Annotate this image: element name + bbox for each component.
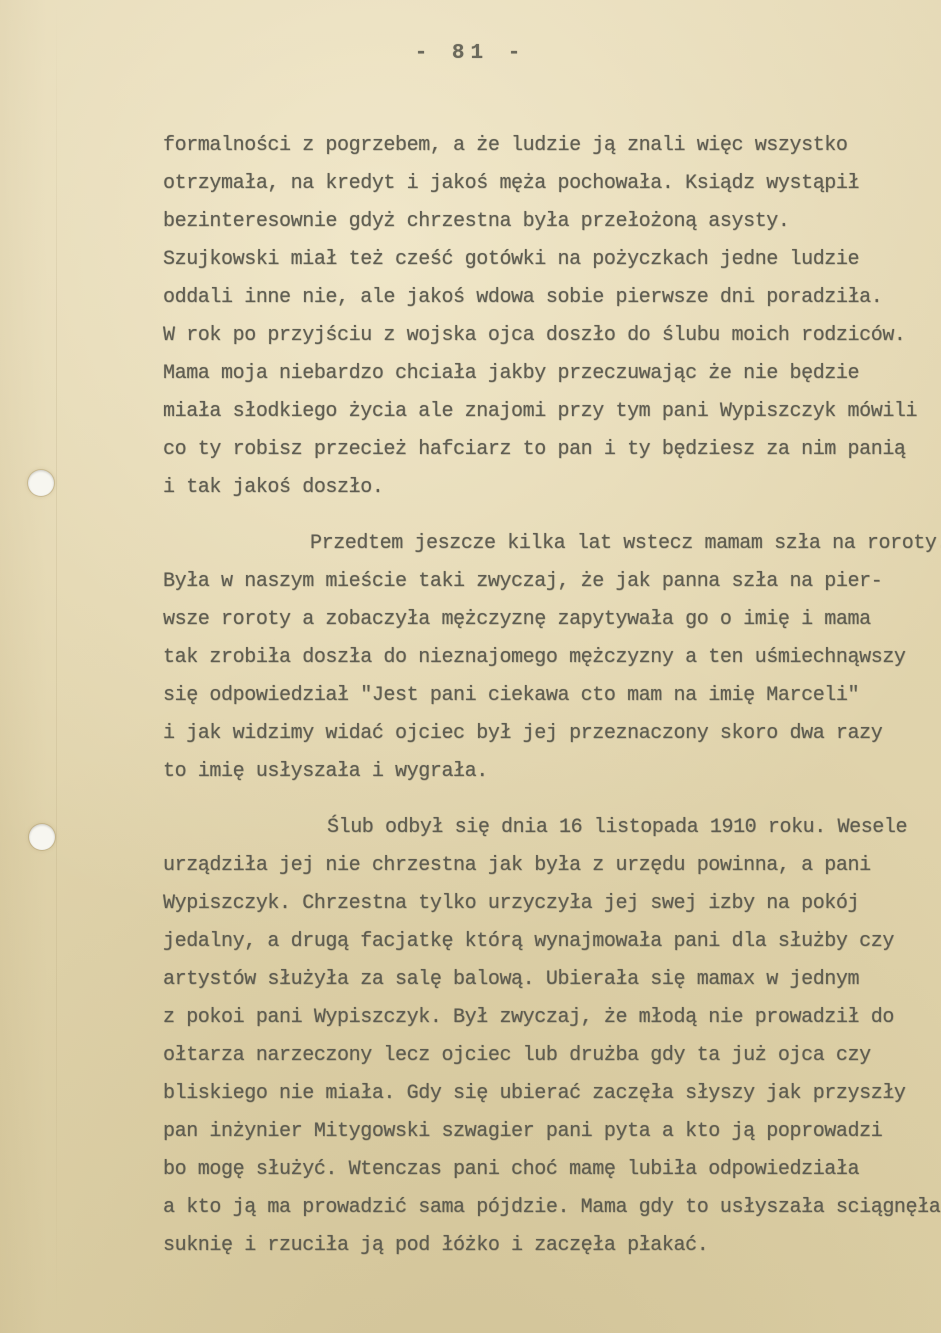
punch-hole [29, 824, 55, 850]
text-line: oddali inne nie, ale jakoś wdowa sobie p… [163, 279, 935, 317]
text-line: Mama moja niebardzo chciała jakby przecz… [163, 355, 935, 393]
text-line: i jak widzimy widać ojciec był jej przez… [163, 715, 935, 753]
text-line: co ty robisz przecież hafciarz to pan i … [163, 431, 935, 469]
text-line: artystów służyła za salę balową. Ubierał… [163, 961, 935, 999]
text-line: Wypiszczyk. Chrzestna tylko urzyczyła je… [163, 885, 935, 923]
text-line: jedalny, a drugą facjatkę którą wynajmow… [163, 923, 935, 961]
text-line: i tak jakoś doszło. [163, 469, 935, 507]
page-number: - 81 - [0, 42, 941, 65]
text-line: bezinteresownie gdyż chrzestna była prze… [163, 203, 935, 241]
text-line: bliskiego nie miała. Gdy się ubierać zac… [163, 1075, 935, 1113]
paragraph: formalności z pogrzebem, a że ludzie ją … [163, 127, 935, 507]
text-line: z pokoi pani Wypiszczyk. Był zwyczaj, że… [163, 999, 935, 1037]
text-line: miała słodkiego życia ale znajomi przy t… [163, 393, 935, 431]
document-body: formalności z pogrzebem, a że ludzie ją … [163, 127, 935, 1265]
text-line: otrzymała, na kredyt i jakoś męża pochow… [163, 165, 935, 203]
scanned-document-page: - 81 - formalności z pogrzebem, a że lud… [0, 0, 941, 1333]
text-line: wsze roroty a zobaczyła mężczyznę zapyty… [163, 601, 935, 639]
text-line: to imię usłyszała i wygrała. [163, 753, 935, 791]
text-line: bo mogę służyć. Wtenczas pani choć mamę … [163, 1151, 935, 1189]
text-line: Szujkowski miał też cześć gotówki na poż… [163, 241, 935, 279]
text-line: W rok po przyjściu z wojska ojca doszło … [163, 317, 935, 355]
paper-crease [56, 0, 57, 1333]
text-line: urządziła jej nie chrzestna jak była z u… [163, 847, 935, 885]
text-line: Ślub odbył się dnia 16 listopada 1910 ro… [163, 809, 935, 847]
text-line: Była w naszym mieście taki zwyczaj, że j… [163, 563, 935, 601]
paragraph: Ślub odbył się dnia 16 listopada 1910 ro… [163, 809, 935, 1265]
text-line: suknię i rzuciła ją pod łóżko i zaczęła … [163, 1227, 935, 1265]
text-line: tak zrobiła doszła do nieznajomego mężcz… [163, 639, 935, 677]
text-line: się odpowiedział "Jest pani ciekawa cto … [163, 677, 935, 715]
punch-hole [28, 470, 54, 496]
paragraph: Przedtem jeszcze kilka lat wstecz mamam … [163, 525, 935, 791]
text-line: Przedtem jeszcze kilka lat wstecz mamam … [163, 525, 935, 563]
text-line: a kto ją ma prowadzić sama pójdzie. Mama… [163, 1189, 935, 1227]
text-line: formalności z pogrzebem, a że ludzie ją … [163, 127, 935, 165]
text-line: ołtarza narzeczony lecz ojciec lub drużb… [163, 1037, 935, 1075]
text-line: pan inżynier Mitygowski szwagier pani py… [163, 1113, 935, 1151]
